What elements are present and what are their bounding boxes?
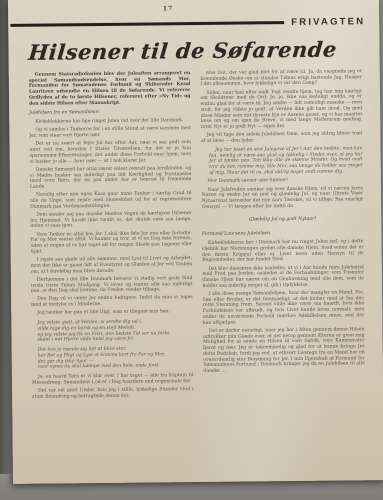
paragraph-subhead: Julehilsen fra en Sømandsmor.	[29, 109, 191, 116]
paragraph-para: Den Dag vil vi vente Jer endnu heftigere…	[31, 296, 193, 309]
paragraph-para: Det blev desværre ikke saaledes, at vi i…	[202, 265, 364, 290]
paragraph-para: Jeg tænker her paa et lille Digt, som er…	[31, 309, 193, 316]
paragraph-para: Det var vel intet Under, hvis jeg i stil…	[32, 387, 194, 400]
magazine-page: 17 FRIVAGTEN Hilsener til de Søfarende G…	[8, 0, 383, 484]
paragraph-para: Siden, naar han efter endt Togt vendte h…	[200, 89, 362, 131]
column-right: else Gut, der var glad blot for at være …	[200, 69, 365, 401]
paragraph-para: I rejste saa glade ud alle sammen, med L…	[31, 256, 193, 275]
paragraph-para: Herhjemme i det lille Danmark bevarer vi…	[31, 276, 193, 295]
paragraph-subhead: Formand Laursens Julehilsen	[202, 231, 364, 238]
page-headline: Hilsener til de Søfarende	[27, 36, 380, 65]
paragraph-quote: Jeg har faaet en stor Julegave af Jer i …	[209, 146, 363, 176]
paragraph-para: Dem sender jeg paa danske Mødres Vegne d…	[30, 211, 192, 230]
paragraph-center: Glædelig Jul og godt Nytaar!	[202, 216, 364, 223]
paragraph-para: Det er nu svært at fejre Jul Aar efter A…	[29, 140, 191, 165]
column-left: Gennem Statsradiofonien blev der Juleaft…	[29, 71, 194, 403]
paragraph-para: Kirkeklokkerne har lige ringet Julen ind…	[29, 118, 191, 125]
paragraph-para: Mor Danmark savner sine Sønner!	[201, 178, 363, 185]
paragraph-para: Det er derfor naturligt, naar jeg her i …	[203, 327, 365, 375]
masthead: FRIVAGTEN	[10, 16, 365, 31]
paragraph-para: Navnlig efter min egen Kaas gaar mine Ta…	[30, 191, 192, 210]
paragraph-para: Danske Sømænd har altid været velset ove…	[30, 166, 192, 191]
paragraph-para: I alle disse mange Sømandshjem, hvor der…	[203, 290, 365, 326]
paragraph-para: Ja, en haard Tørn er vi klar over, I har…	[32, 373, 194, 386]
paragraph-para: Og vi samles i Tankerne for i en stille …	[29, 126, 191, 139]
paragraph-para: else Gut, der var glad blot for at være …	[200, 69, 362, 88]
masthead-title: FRIVAGTEN	[291, 16, 365, 28]
paragraph-para: Naar Julefreden sænker sig over danske H…	[201, 186, 363, 211]
paragraph-intro: Gennem Statsradiofonien blev der Juleaft…	[29, 71, 191, 107]
page-number: 17	[8, 0, 328, 14]
paragraph-verse: Jeg vidste godt, at Verden, vi sendte di…	[37, 319, 193, 344]
masthead-rule	[10, 21, 284, 27]
scanned-magazine-photo: { "page": { "number": "17", "masthead": …	[0, 0, 383, 500]
paragraph-para: Jeg vil tage den sidste Julehilsen frem,…	[201, 132, 363, 145]
paragraph-para: Kirkeklokkerne her i Danmark har nu ring…	[202, 239, 364, 264]
paragraph-verse: Det kan jo hænde sig lidt at blive stor,…	[38, 346, 194, 371]
paragraph-para: Vore Tanker er altid hos Jer. I skal ikk…	[30, 231, 192, 256]
article-columns: Gennem Statsradiofonien blev der Juleaft…	[9, 65, 383, 403]
